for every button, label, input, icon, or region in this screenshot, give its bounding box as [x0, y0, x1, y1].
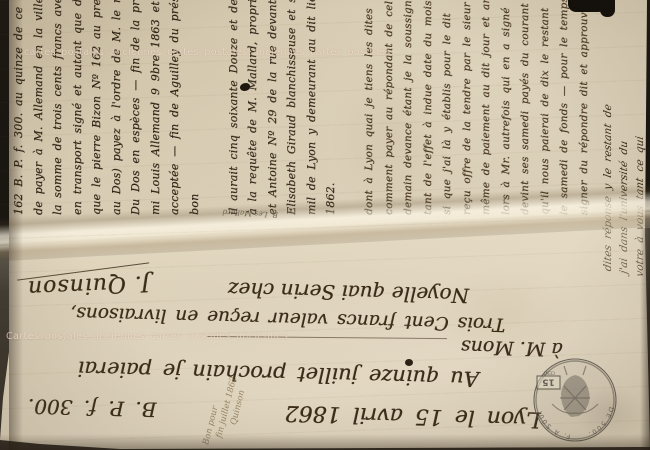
handwriting-column: reçu offre de la tendre par le sieur [461, 0, 481, 218]
handwriting-column [344, 0, 364, 218]
handwriting-column: même de paiement au dit jour et an [480, 0, 500, 218]
revenue-stamp: 15 CENT. DE 500. F. A 500. [531, 356, 619, 444]
handwriting-column: 1862. [324, 0, 344, 218]
signature: J. Quinson [26, 269, 150, 300]
top-handwriting-block: 162 B. P. f. 300. au quinze de ce mois d… [12, 0, 598, 218]
handwriting-column: mi Louis Allemand 9 9bre 1863 et pour [149, 0, 169, 218]
handwriting-column: dont à Lyon quai je tiens les dites [363, 0, 383, 218]
stamp-value: 15 [542, 377, 555, 387]
ink-blot [405, 359, 413, 366]
handwriting-column: demain devance étant je la soussignée [402, 0, 422, 218]
scanned-letter: 162 B. P. f. 300. au quinze de ce mois d… [0, 0, 650, 450]
handwriting-column: le samedi de fonds — pour le temps [558, 0, 578, 218]
handwriting-column [207, 0, 227, 218]
handwriting-column: si que j'ai là y établis pour le dit [441, 0, 461, 218]
handwriting-column: signer du répondre dit et approuvé [578, 0, 598, 218]
handwriting-column: 162 B. P. f. 300. au quinze de ce mois [12, 0, 32, 218]
handwriting-column: mil de Lyon y demeurant au dit lieu [305, 0, 325, 218]
handwriting-column: qu'il nous paierai de dix le restant [539, 0, 559, 218]
handwriting-column: de payer à M. Allemand en la ville et [32, 0, 52, 218]
handwriting-column: il aurait cinq soixante Douze et demie [227, 0, 247, 218]
handwriting-column: acceptée — fin de Aguilley du présent [168, 0, 188, 218]
handwriting-column: bon [188, 0, 208, 218]
note-place-date: Lyon le 15 avril 1862 [285, 400, 542, 432]
handwriting-column: au Dos) payez à l'ordre de M. le notaire [110, 0, 130, 218]
note-address-text: Noyelle quai Serin chez [228, 277, 470, 307]
handwriting-column: lors à Mr. autrefois qui en a signé [500, 0, 520, 218]
handwriting-column: en transport signé et autant que dessus [71, 0, 91, 218]
handwriting-column: à la requête de M. Mallard, propriétaire [246, 0, 266, 218]
stamp-unit: CENT. [542, 370, 555, 376]
handwriting-column: que le pierre Bizon Nº 162 au premier [90, 0, 110, 218]
handwriting-column: Elisabeth Giraud blanchisseuse et son [285, 0, 305, 218]
handwriting-column: Du Dos en espèces — fin de la présente [129, 0, 149, 218]
handwriting-column: et Antoine Nº 29 de la rue devant [266, 0, 286, 218]
handwriting-column: tant de l'effet à indue date du mois [422, 0, 442, 218]
note-amount: B. P. f. 300. [28, 394, 157, 421]
handwriting-column: la somme de trois cents francs avec les [51, 0, 71, 218]
handwriting-column: comment payer au répondant de celui [383, 0, 403, 218]
handwriting-column: devint ses samedi payés du courant [519, 0, 539, 218]
paper-tear [600, 0, 615, 17]
